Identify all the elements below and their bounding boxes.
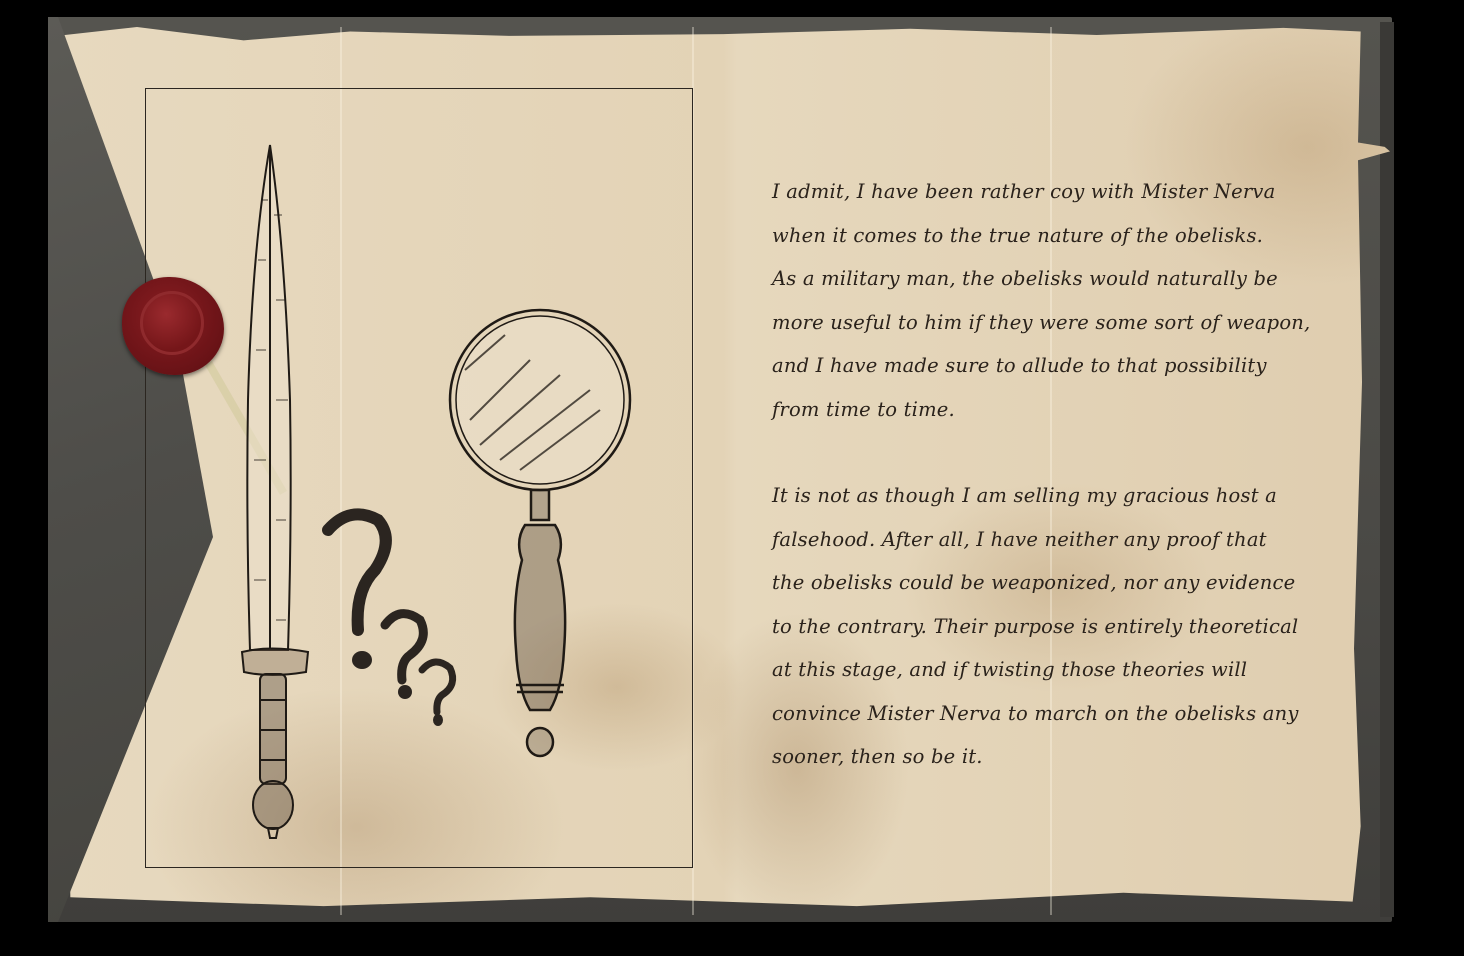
note-line: to the contrary. Their purpose is entire… [772, 605, 1372, 649]
note-line: at this stage, and if twisting those the… [772, 648, 1372, 692]
note-line: and I have made sure to allude to that p… [772, 344, 1372, 388]
note-paragraph-1: I admit, I have been rather coy with Mis… [772, 170, 1372, 431]
note-paragraph-2: It is not as though I am selling my grac… [772, 474, 1372, 779]
note-line: when it comes to the true nature of the … [772, 214, 1372, 258]
note-line: falsehood. After all, I have neither any… [772, 518, 1372, 562]
magnifying-glass-icon [450, 310, 630, 756]
sword-icon [242, 145, 308, 838]
wax-seal-emblem [140, 291, 204, 355]
note-line: the obelisks could be weaponized, nor an… [772, 561, 1372, 605]
note-line: sooner, then so be it. [772, 735, 1372, 779]
note-line: It is not as though I am selling my grac… [772, 474, 1372, 518]
note-line: convince Mister Nerva to march on the ob… [772, 692, 1372, 736]
journal-note: I admit, I have been rather coy with Mis… [772, 170, 1372, 779]
wax-seal [122, 277, 224, 375]
question-marks-icon [328, 514, 453, 726]
note-line: I admit, I have been rather coy with Mis… [772, 170, 1372, 214]
note-line: from time to time. [772, 388, 1372, 432]
note-line: As a military man, the obelisks would na… [772, 257, 1372, 301]
note-line: more useful to him if they were some sor… [772, 301, 1372, 345]
